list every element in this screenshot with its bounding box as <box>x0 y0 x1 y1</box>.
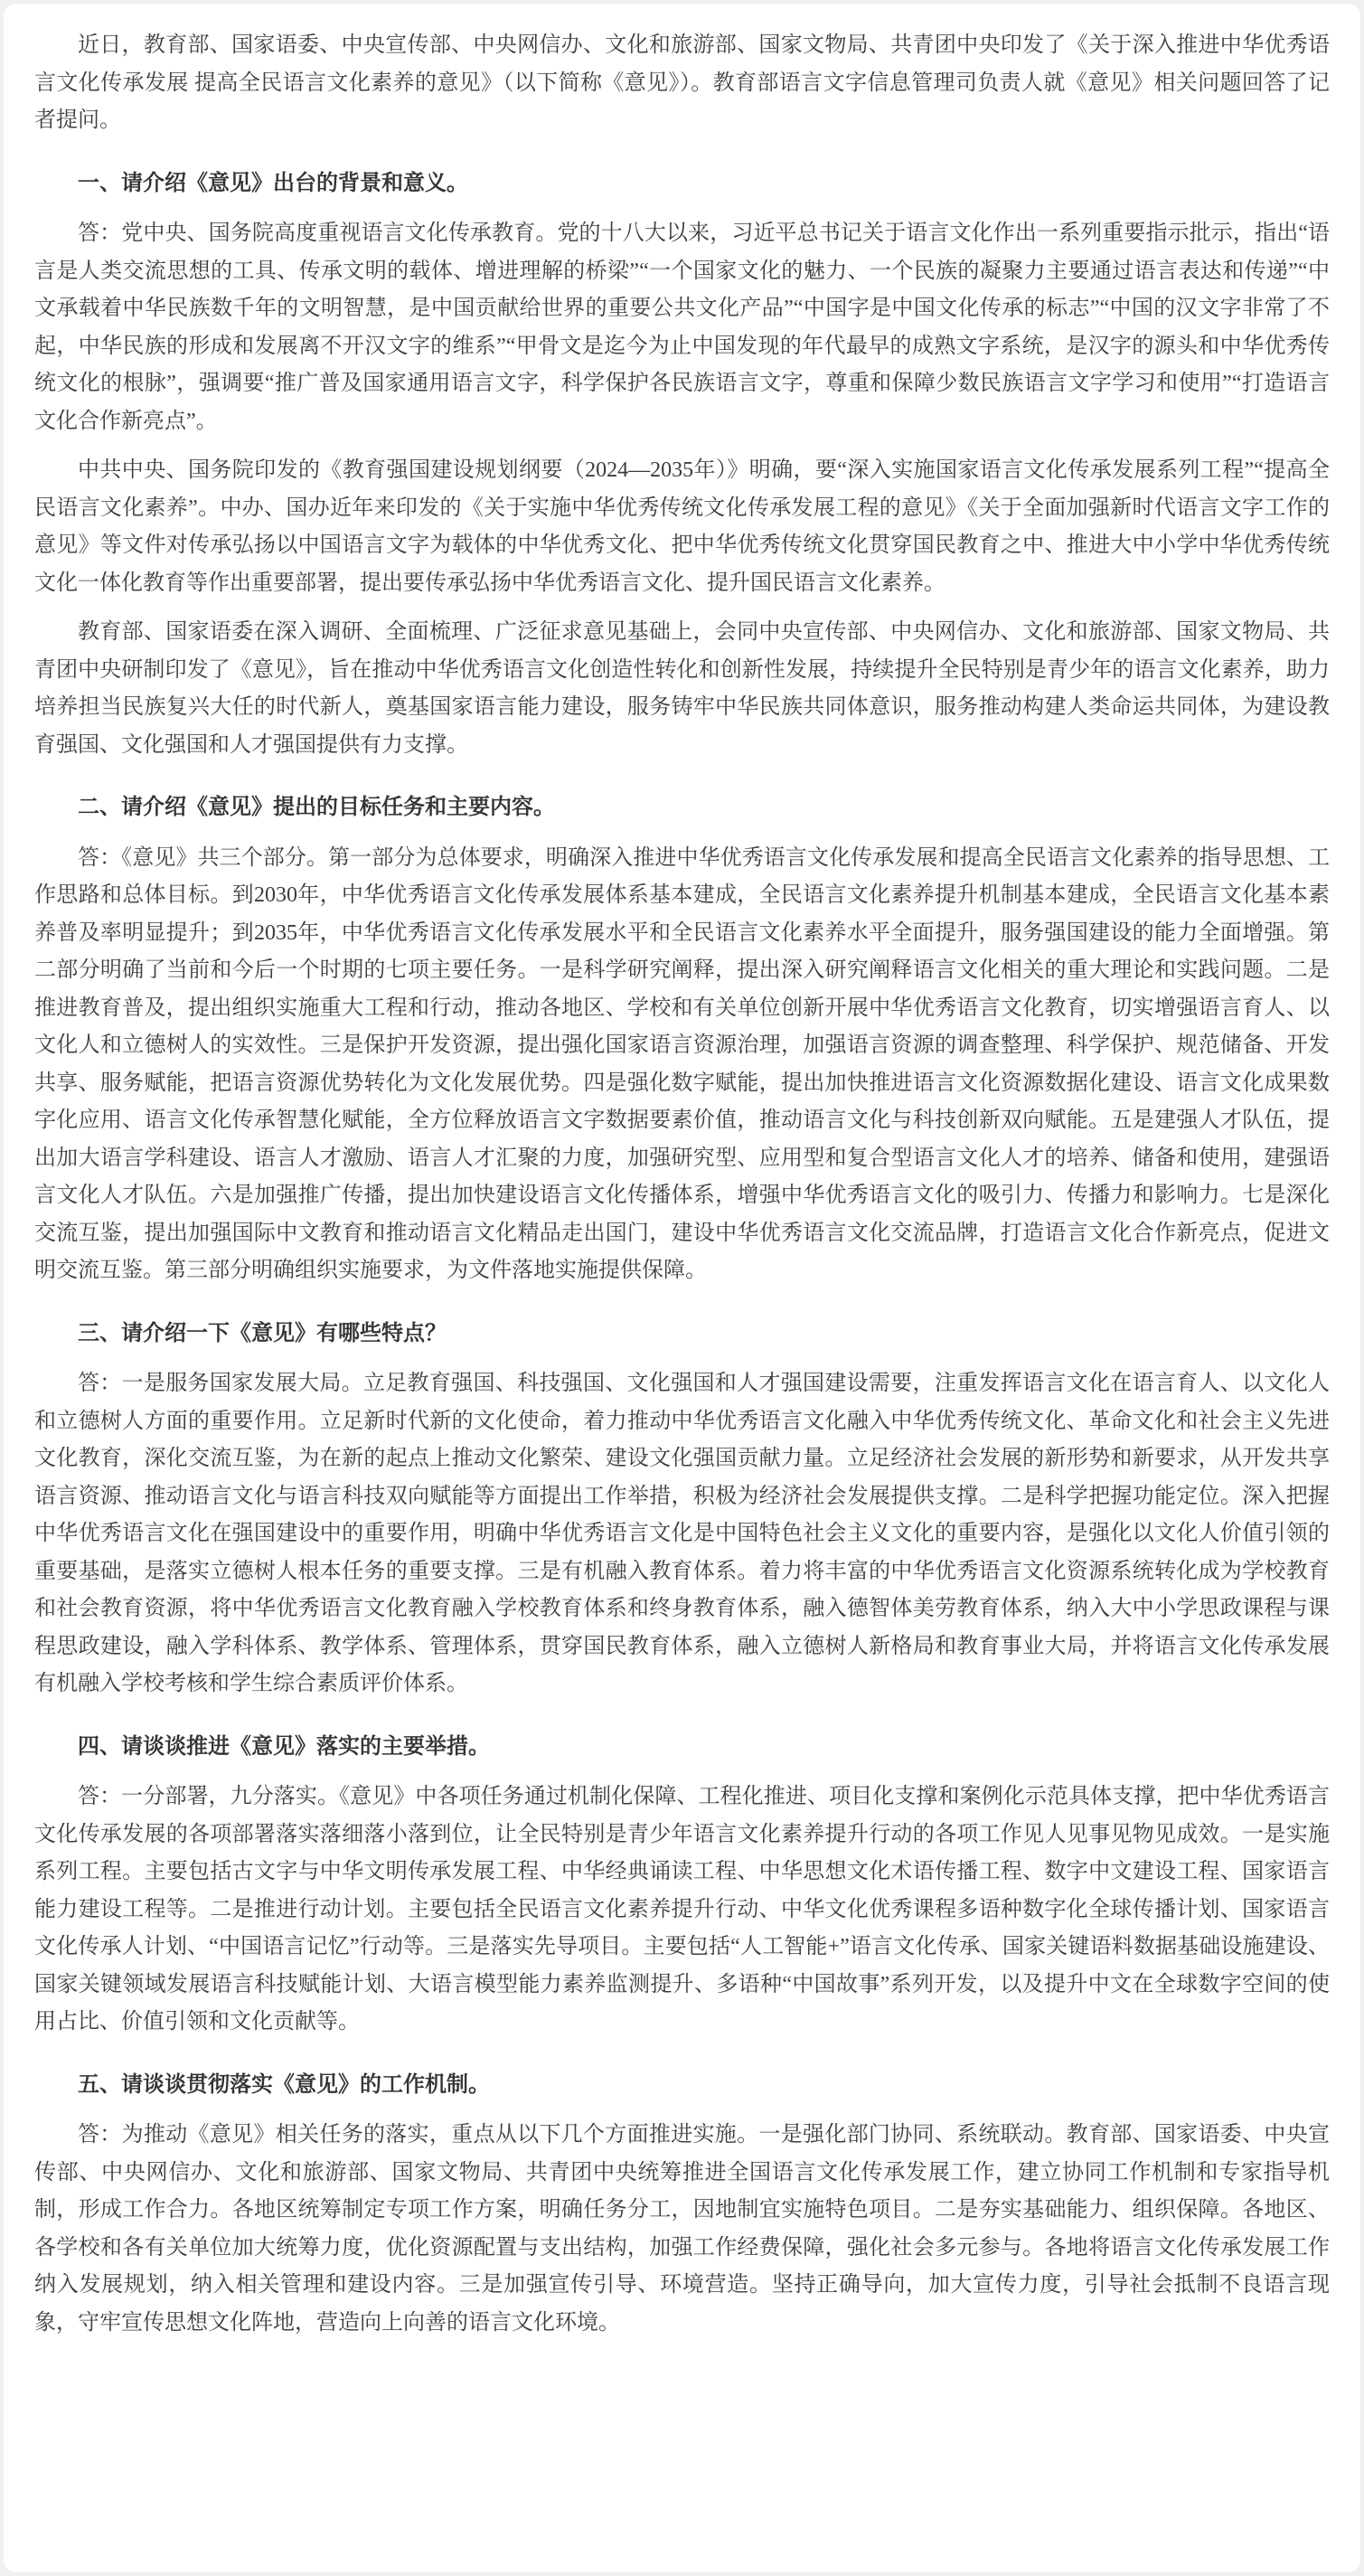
answer-paragraph-2-1: 答：《意见》共三个部分。第一部分为总体要求，明确深入推进中华优秀语言文化传承发展… <box>34 840 1330 1290</box>
question-heading-4: 四、请谈谈推进《意见》落实的主要举措。 <box>34 1729 1330 1767</box>
document-viewport: 近日，教育部、国家语委、中央宣传部、中央网信办、文化和旅游部、国家文物局、共青团… <box>0 4 1364 2572</box>
intro-paragraph: 近日，教育部、国家语委、中央宣传部、中央网信办、文化和旅游部、国家文物局、共青团… <box>34 27 1330 140</box>
question-heading-5: 五、请谈谈贯彻落实《意见》的工作机制。 <box>34 2067 1330 2105</box>
question-heading-1: 一、请介绍《意见》出台的背景和意义。 <box>34 165 1330 203</box>
answer-paragraph-1-1: 答：党中央、国务院高度重视语言文化传承教育。党的十八大以来，习近平总书记关于语言… <box>34 215 1330 440</box>
answer-paragraph-1-2: 中共中央、国务院印发的《教育强国建设规划纲要（2024—2035年）》明确，要“… <box>34 452 1330 602</box>
answer-paragraph-1-3: 教育部、国家语委在深入调研、全面梳理、广泛征求意见基础上，会同中央宣传部、中央网… <box>34 614 1330 764</box>
document-page: 近日，教育部、国家语委、中央宣传部、中央网信办、文化和旅游部、国家文物局、共青团… <box>4 4 1360 2572</box>
question-heading-3: 三、请介绍一下《意见》有哪些特点？ <box>34 1316 1330 1354</box>
answer-paragraph-4-1: 答：一分部署，九分落实。《意见》中各项任务通过机制化保障、工程化推进、项目化支撑… <box>34 1779 1330 2042</box>
answer-paragraph-5-1: 答：为推动《意见》相关任务的落实，重点从以下几个方面推进实施。一是强化部门协同、… <box>34 2117 1330 2342</box>
answer-paragraph-3-1: 答：一是服务国家发展大局。立足教育强国、科技强国、文化强国和人才强国建设需要，注… <box>34 1365 1330 1703</box>
question-heading-2: 二、请介绍《意见》提出的目标任务和主要内容。 <box>34 789 1330 827</box>
